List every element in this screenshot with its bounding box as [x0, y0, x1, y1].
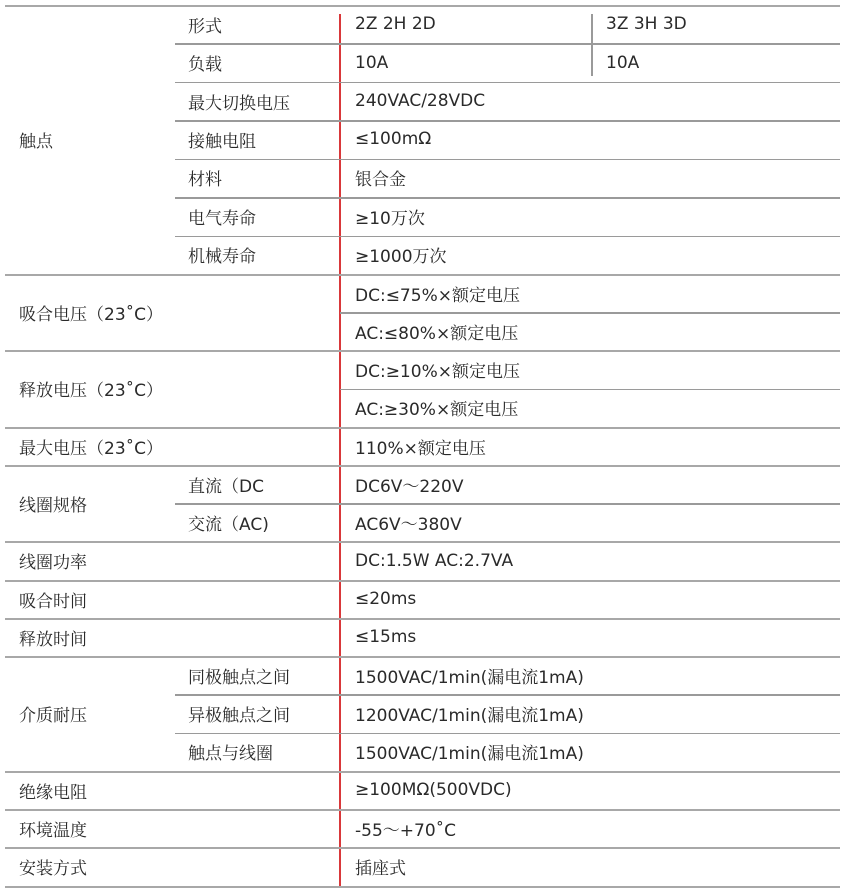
sub-label: 最大切换电压	[188, 82, 290, 120]
spec-value: 2Z 2H 2D	[355, 5, 436, 43]
spec-value: AC:≥30%×额定电压	[355, 389, 518, 428]
spec-value: 1200VAC/1min(漏电流1mA)	[355, 694, 584, 732]
spec-value: ≥1000万次	[355, 236, 447, 274]
group-divider	[5, 580, 840, 582]
spec-value: AC:≤80%×额定电压	[355, 312, 518, 350]
row-divider	[175, 197, 840, 199]
group-label: 最大电压（23˚C）	[19, 427, 163, 465]
spec-value: ≥100MΩ(500VDC)	[355, 771, 512, 809]
sub-label: 负载	[188, 43, 222, 81]
spec-value: -55～+70˚C	[355, 809, 456, 847]
spec-value: 银合金	[355, 159, 406, 197]
spec-value: DC:≥10%×额定电压	[355, 350, 520, 389]
table-bottom-border	[5, 886, 840, 888]
column-divider-red	[339, 14, 341, 886]
group-label: 介质耐压	[19, 656, 87, 771]
spec-value: 110%×额定电压	[355, 427, 486, 465]
group-divider	[5, 847, 840, 849]
group-label: 环境温度	[19, 809, 87, 847]
spec-value: ≥10万次	[355, 197, 425, 235]
sub-label: 异极触点之间	[188, 694, 290, 732]
row-divider	[175, 236, 840, 238]
sub-label: 电气寿命	[188, 197, 256, 235]
sub-label: 同极触点之间	[188, 656, 290, 694]
spec-value: 1500VAC/1min(漏电流1mA)	[355, 733, 584, 771]
spec-value: AC6V～380V	[355, 503, 462, 541]
spec-value: DC:≤75%×额定电压	[355, 274, 520, 312]
sub-label: 直流（DC	[188, 465, 264, 503]
group-label: 线圈规格	[19, 465, 87, 541]
spec-value: ≤15ms	[355, 618, 416, 656]
spec-value: 1500VAC/1min(漏电流1mA)	[355, 656, 584, 694]
spec-value: ≤20ms	[355, 580, 416, 618]
group-label: 吸合时间	[19, 580, 87, 618]
group-label: 释放电压（23˚C）	[19, 350, 163, 427]
column-divider-variants	[591, 14, 593, 76]
spec-value: 3Z 3H 3D	[606, 5, 687, 43]
row-divider	[175, 120, 840, 122]
sub-label: 交流（AC)	[188, 503, 269, 541]
sub-label: 形式	[188, 5, 222, 43]
spec-value: 插座式	[355, 847, 406, 886]
group-label: 绝缘电阻	[19, 771, 87, 809]
group-label: 触点	[19, 5, 53, 274]
spec-value: DC6V～220V	[355, 465, 463, 503]
spec-value: 240VAC/28VDC	[355, 82, 485, 120]
sub-label: 材料	[188, 159, 222, 197]
spec-value: ≤100mΩ	[355, 120, 431, 158]
group-label: 线圈功率	[19, 541, 87, 580]
sub-label: 触点与线圈	[188, 733, 273, 771]
group-label: 释放时间	[19, 618, 87, 656]
group-label: 安装方式	[19, 847, 87, 886]
group-label: 吸合电压（23˚C）	[19, 274, 163, 350]
spec-value: 10A	[355, 43, 388, 81]
sub-label: 机械寿命	[188, 236, 256, 274]
row-divider	[175, 503, 840, 505]
sub-label: 接触电阻	[188, 120, 256, 158]
group-divider	[5, 618, 840, 620]
spec-value: 10A	[606, 43, 639, 81]
spec-value: DC:1.5W AC:2.7VA	[355, 541, 513, 580]
row-divider	[175, 43, 840, 45]
row-divider	[175, 159, 840, 161]
